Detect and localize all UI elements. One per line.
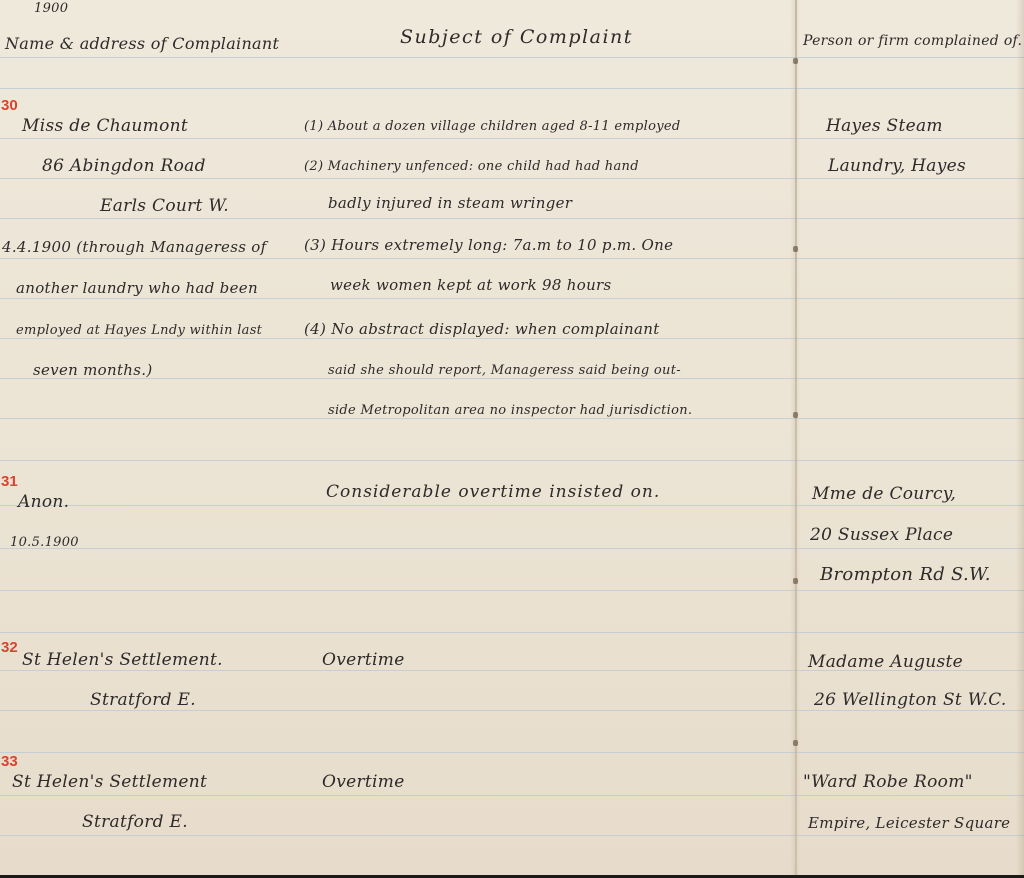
complainant-line: seven months.) xyxy=(33,363,152,378)
rule-line xyxy=(0,835,1024,836)
subject-line: Overtime xyxy=(322,652,405,669)
binding-stitch xyxy=(793,58,798,64)
rule-line xyxy=(0,338,1024,339)
subject-line: (1) About a dozen village children aged … xyxy=(304,120,680,133)
complainant-line: Anon. xyxy=(18,494,69,511)
complainant-line: 4.4.1900 (through Manageress of xyxy=(2,240,266,255)
header-complainant: Name & address of Complainant xyxy=(5,36,279,52)
rule-line xyxy=(0,88,1024,89)
page-gutter xyxy=(795,0,797,878)
complainant-line: Stratford E. xyxy=(90,692,196,709)
subject-line: (3) Hours extremely long: 7a.m to 10 p.m… xyxy=(304,238,673,253)
person-line: Empire, Leicester Square xyxy=(808,816,1010,831)
complainant-line: employed at Hayes Lndy within last xyxy=(16,324,262,337)
complainant-line: another laundry who had been xyxy=(16,281,258,296)
rule-line xyxy=(0,590,1024,591)
rule-line xyxy=(0,632,1024,633)
complainant-line: 10.5.1900 xyxy=(10,536,79,549)
header-subject: Subject of Complaint xyxy=(400,28,633,47)
page-edge xyxy=(1016,0,1024,878)
entry-number: 31 xyxy=(1,474,18,489)
binding-stitch xyxy=(793,412,798,418)
rule-line xyxy=(0,710,1024,711)
rule-line xyxy=(0,418,1024,419)
header-person: Person or firm complained of. xyxy=(803,34,1022,48)
complainant-line: Miss de Chaumont xyxy=(22,118,188,135)
binding-stitch xyxy=(793,740,798,746)
entry-number: 33 xyxy=(1,754,18,769)
subject-line: side Metropolitan area no inspector had … xyxy=(328,404,692,417)
binding-stitch xyxy=(793,578,798,584)
rule-line xyxy=(0,298,1024,299)
person-line: Brompton Rd S.W. xyxy=(820,566,991,584)
complainant-line: 86 Abingdon Road xyxy=(42,158,206,175)
person-line: 20 Sussex Place xyxy=(810,527,953,544)
person-line: "Ward Robe Room" xyxy=(803,774,973,791)
rule-line xyxy=(0,505,1024,506)
person-line: Hayes Steam xyxy=(826,118,943,135)
person-line: Madame Auguste xyxy=(808,654,963,671)
ledger-page: 1900 Name & address of Complainant Subje… xyxy=(0,0,1024,878)
entry-number: 32 xyxy=(1,640,18,655)
rule-line xyxy=(0,138,1024,139)
subject-line: (4) No abstract displayed: when complain… xyxy=(304,322,660,337)
complainant-line: St Helen's Settlement xyxy=(12,774,207,791)
rule-line xyxy=(0,752,1024,753)
subject-line: badly injured in steam wringer xyxy=(328,196,572,211)
complainant-line: Stratford E. xyxy=(82,814,188,831)
person-line: Laundry, Hayes xyxy=(828,158,966,175)
binding-stitch xyxy=(793,246,798,252)
rule-line xyxy=(0,178,1024,179)
entry-number: 30 xyxy=(1,98,18,113)
rule-line xyxy=(0,57,1024,58)
rule-line xyxy=(0,218,1024,219)
complainant-line: Earls Court W. xyxy=(100,198,229,215)
subject-line: (2) Machinery unfenced: one child had ha… xyxy=(304,160,639,173)
rule-line xyxy=(0,795,1024,796)
rule-line xyxy=(0,460,1024,461)
year-label: 1900 xyxy=(34,2,68,15)
rule-line xyxy=(0,378,1024,379)
subject-line: week women kept at work 98 hours xyxy=(330,278,612,293)
rule-line xyxy=(0,258,1024,259)
person-line: 26 Wellington St W.C. xyxy=(814,692,1007,709)
complainant-line: St Helen's Settlement. xyxy=(22,652,223,669)
subject-line: Considerable overtime insisted on. xyxy=(326,484,660,501)
rule-line xyxy=(0,548,1024,549)
subject-line: Overtime xyxy=(322,774,405,791)
person-line: Mme de Courcy, xyxy=(812,486,956,503)
subject-line: said she should report, Manageress said … xyxy=(328,364,681,377)
